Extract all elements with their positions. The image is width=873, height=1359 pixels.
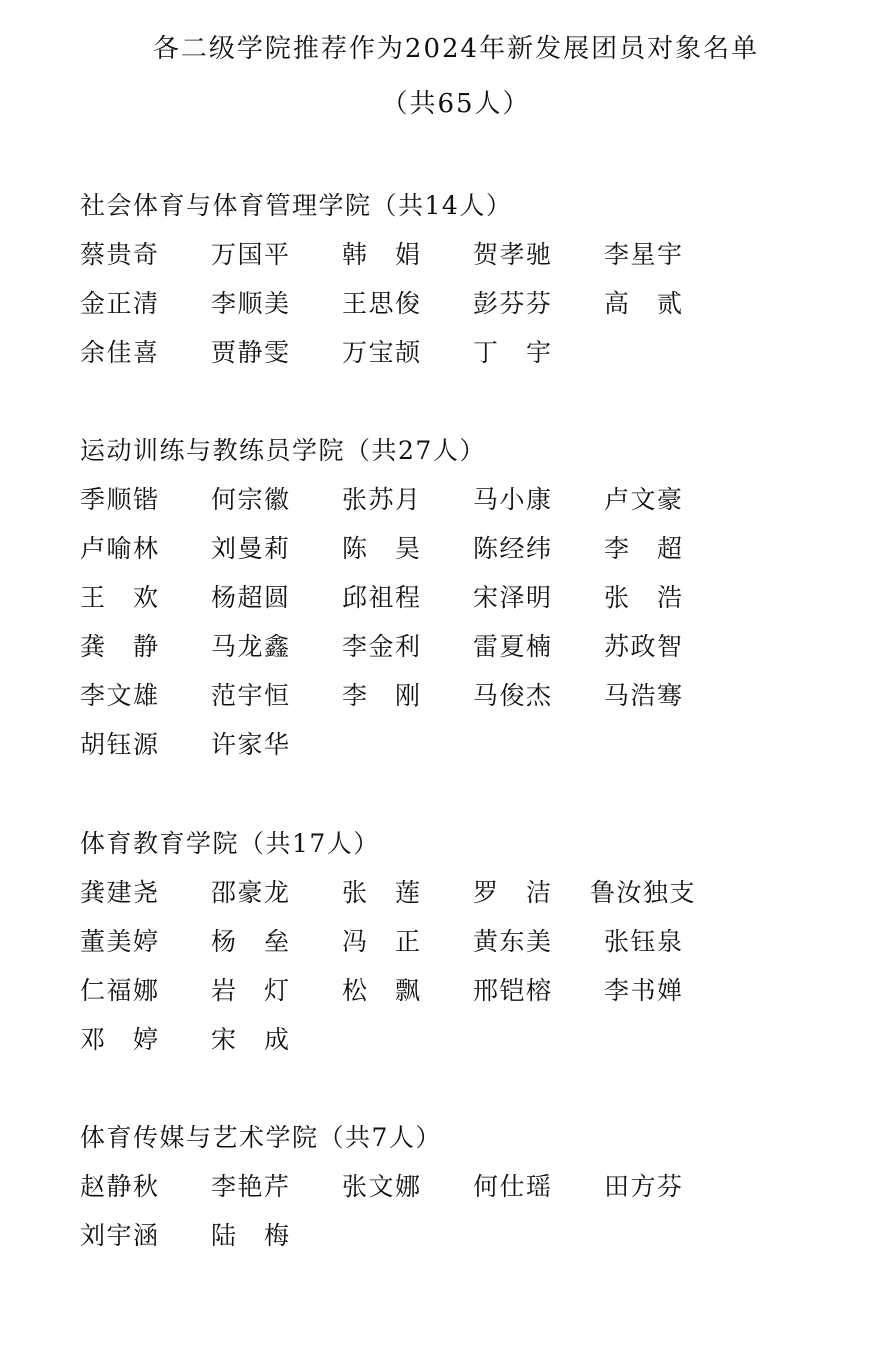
name-entry: 蔡贵奇 bbox=[80, 239, 160, 271]
name-entry: 松 飘 bbox=[342, 975, 422, 1007]
section-heading: 社会体育与体育管理学院（共14人） bbox=[80, 190, 840, 222]
name-entry: 龚 静 bbox=[80, 631, 160, 663]
name-entry: 岩 灯 bbox=[211, 975, 291, 1007]
name-entry: 赵静秋 bbox=[80, 1171, 160, 1203]
name-entry: 胡钰源 bbox=[80, 729, 160, 761]
name-entry: 王思俊 bbox=[342, 288, 422, 320]
name-entry: 范宇恒 bbox=[211, 680, 291, 712]
name-entry: 何仕瑶 bbox=[473, 1171, 553, 1203]
name-entry: 仁福娜 bbox=[80, 975, 160, 1007]
name-entry: 李书婵 bbox=[604, 975, 684, 1007]
name-entry: 金正清 bbox=[80, 288, 160, 320]
name-row: 卢喻林 刘曼莉 陈 昊 陈经纬 李 超 bbox=[80, 533, 840, 582]
name-row: 王 欢 杨超圆 邱祖程 宋泽明 张 浩 bbox=[80, 582, 840, 631]
name-entry: 陈经纬 bbox=[473, 533, 553, 565]
name-entry: 李顺美 bbox=[211, 288, 291, 320]
name-entry: 董美婷 bbox=[80, 926, 160, 958]
name-row: 金正清 李顺美 王思俊 彭芬芬 高 贰 bbox=[80, 288, 840, 337]
name-list: 蔡贵奇 万国平 韩 娟 贺孝驰 李星宇 金正清 李顺美 王思俊 彭芬芬 高 贰 … bbox=[80, 239, 840, 386]
name-entry: 张苏月 bbox=[342, 484, 422, 516]
name-entry: 李艳芹 bbox=[211, 1171, 291, 1203]
name-row: 胡钰源 许家华 bbox=[80, 729, 840, 778]
name-entry: 王 欢 bbox=[80, 582, 160, 614]
name-row: 刘宇涵 陆 梅 bbox=[80, 1220, 840, 1269]
name-entry: 鲁汝独支 bbox=[590, 877, 696, 909]
name-entry: 马小康 bbox=[473, 484, 553, 516]
section-heading: 运动训练与教练员学院（共27人） bbox=[80, 435, 840, 467]
name-entry: 陆 梅 bbox=[211, 1220, 291, 1252]
document-title: 各二级学院推荐作为2024年新发展团员对象名单 bbox=[0, 33, 873, 65]
section-heading: 体育传媒与艺术学院（共7人） bbox=[80, 1122, 840, 1154]
section-sports-training: 运动训练与教练员学院（共27人） 季顺锴 何宗徽 张苏月 马小康 卢文豪 卢喻林… bbox=[80, 435, 840, 778]
name-entry: 张钰泉 bbox=[604, 926, 684, 958]
name-entry: 马浩骞 bbox=[604, 680, 684, 712]
name-entry: 邵豪龙 bbox=[211, 877, 291, 909]
name-entry: 高 贰 bbox=[604, 288, 684, 320]
name-entry: 杨 垒 bbox=[211, 926, 291, 958]
name-row: 龚 静 马龙鑫 李金利 雷夏楠 苏政智 bbox=[80, 631, 840, 680]
name-entry: 万宝颉 bbox=[342, 337, 422, 369]
name-entry: 万国平 bbox=[211, 239, 291, 271]
name-row: 李文雄 范宇恒 李 刚 马俊杰 马浩骞 bbox=[80, 680, 840, 729]
name-entry: 卢喻林 bbox=[80, 533, 160, 565]
name-entry: 李文雄 bbox=[80, 680, 160, 712]
name-row: 赵静秋 李艳芹 张文娜 何仕瑶 田方芬 bbox=[80, 1171, 840, 1220]
name-entry: 刘宇涵 bbox=[80, 1220, 160, 1252]
name-entry: 贺孝驰 bbox=[473, 239, 553, 271]
name-entry: 马俊杰 bbox=[473, 680, 553, 712]
name-entry: 刘曼莉 bbox=[211, 533, 291, 565]
name-entry: 韩 娟 bbox=[342, 239, 422, 271]
section-sports-media-arts: 体育传媒与艺术学院（共7人） 赵静秋 李艳芹 张文娜 何仕瑶 田方芬 刘宇涵 陆… bbox=[80, 1122, 840, 1269]
name-entry: 陈 昊 bbox=[342, 533, 422, 565]
name-row: 余佳喜 贾静雯 万宝颉 丁 宇 bbox=[80, 337, 840, 386]
name-entry: 丁 宇 bbox=[473, 337, 553, 369]
name-entry: 宋 成 bbox=[211, 1024, 291, 1056]
name-entry: 雷夏楠 bbox=[473, 631, 553, 663]
name-entry: 许家华 bbox=[211, 729, 291, 761]
name-entry: 冯 正 bbox=[342, 926, 422, 958]
name-entry: 马龙鑫 bbox=[211, 631, 291, 663]
name-entry: 杨超圆 bbox=[211, 582, 291, 614]
name-entry: 李 刚 bbox=[342, 680, 422, 712]
name-entry: 张 浩 bbox=[604, 582, 684, 614]
section-physical-education: 体育教育学院（共17人） 龚建尧 邵豪龙 张 莲 罗 洁 鲁汝独支 董美婷 杨 … bbox=[80, 828, 840, 1073]
name-entry: 李星宇 bbox=[604, 239, 684, 271]
name-entry: 季顺锴 bbox=[80, 484, 160, 516]
name-entry: 余佳喜 bbox=[80, 337, 160, 369]
name-row: 龚建尧 邵豪龙 张 莲 罗 洁 鲁汝独支 bbox=[80, 877, 840, 926]
name-entry: 贾静雯 bbox=[211, 337, 291, 369]
name-row: 仁福娜 岩 灯 松 飘 邢铠榕 李书婵 bbox=[80, 975, 840, 1024]
name-entry: 李 超 bbox=[604, 533, 684, 565]
name-row: 邓 婷 宋 成 bbox=[80, 1024, 840, 1073]
name-list: 龚建尧 邵豪龙 张 莲 罗 洁 鲁汝独支 董美婷 杨 垒 冯 正 黄东美 张钰泉… bbox=[80, 877, 840, 1073]
name-row: 蔡贵奇 万国平 韩 娟 贺孝驰 李星宇 bbox=[80, 239, 840, 288]
name-row: 董美婷 杨 垒 冯 正 黄东美 张钰泉 bbox=[80, 926, 840, 975]
name-entry: 苏政智 bbox=[604, 631, 684, 663]
name-entry: 邱祖程 bbox=[342, 582, 422, 614]
name-list: 赵静秋 李艳芹 张文娜 何仕瑶 田方芬 刘宇涵 陆 梅 bbox=[80, 1171, 840, 1269]
name-row: 季顺锴 何宗徽 张苏月 马小康 卢文豪 bbox=[80, 484, 840, 533]
name-entry: 宋泽明 bbox=[473, 582, 553, 614]
name-entry: 何宗徽 bbox=[211, 484, 291, 516]
name-entry: 卢文豪 bbox=[604, 484, 684, 516]
section-heading: 体育教育学院（共17人） bbox=[80, 828, 840, 860]
name-entry: 彭芬芬 bbox=[473, 288, 553, 320]
name-entry: 李金利 bbox=[342, 631, 422, 663]
name-entry: 黄东美 bbox=[473, 926, 553, 958]
name-entry: 邢铠榕 bbox=[473, 975, 553, 1007]
section-social-sports: 社会体育与体育管理学院（共14人） 蔡贵奇 万国平 韩 娟 贺孝驰 李星宇 金正… bbox=[80, 190, 840, 386]
document-subtitle-total: （共65人） bbox=[0, 88, 873, 120]
name-entry: 田方芬 bbox=[604, 1171, 684, 1203]
name-list: 季顺锴 何宗徽 张苏月 马小康 卢文豪 卢喻林 刘曼莉 陈 昊 陈经纬 李 超 … bbox=[80, 484, 840, 778]
name-entry: 邓 婷 bbox=[80, 1024, 160, 1056]
name-entry: 罗 洁 bbox=[473, 877, 553, 909]
name-entry: 张 莲 bbox=[342, 877, 422, 909]
name-entry: 张文娜 bbox=[342, 1171, 422, 1203]
name-entry: 龚建尧 bbox=[80, 877, 160, 909]
